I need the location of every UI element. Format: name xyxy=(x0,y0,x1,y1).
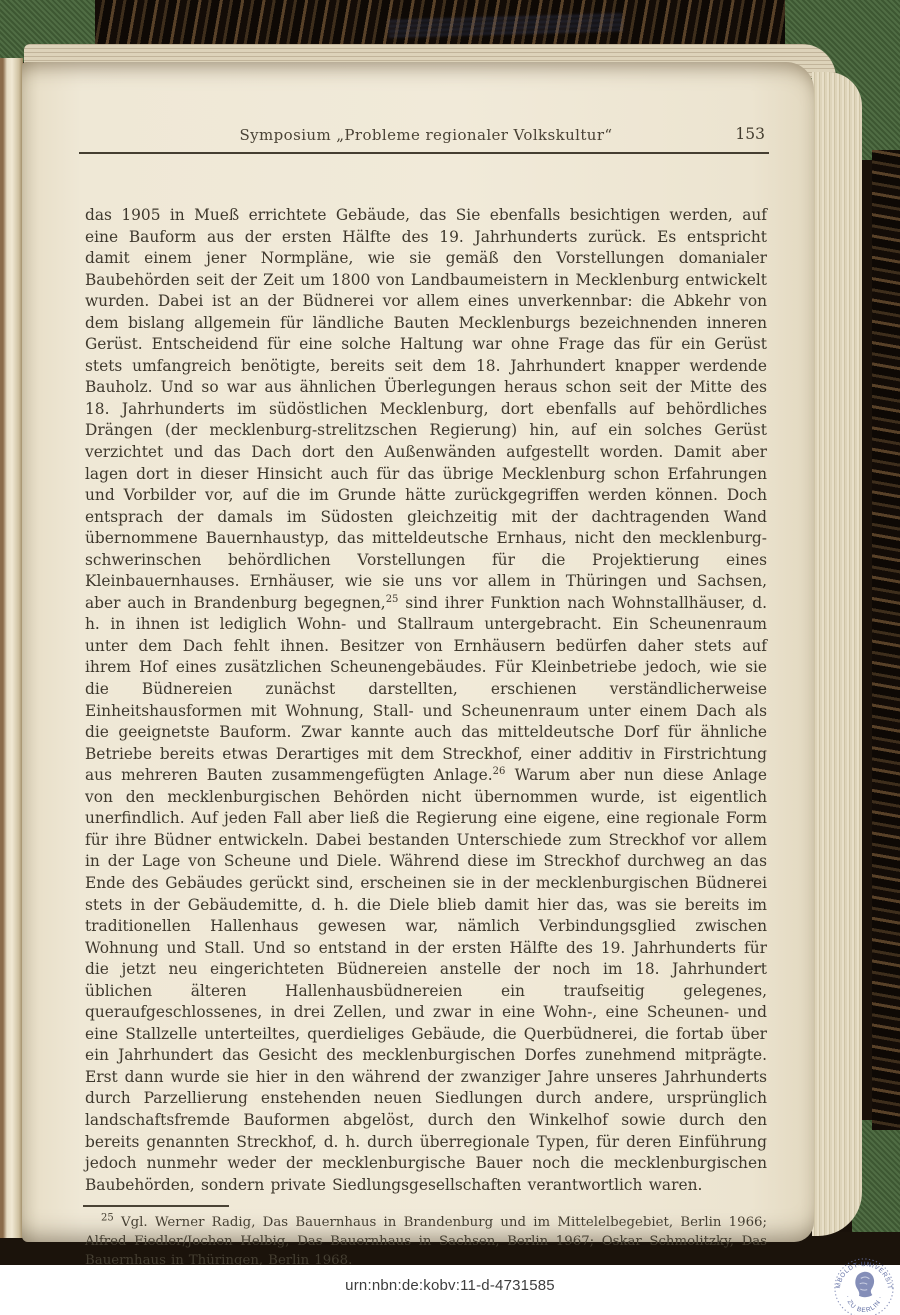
running-head: Symposium „Probleme regionaler Volkskult… xyxy=(85,124,767,154)
page-number: 153 xyxy=(735,125,765,143)
footnote-ref: 25 xyxy=(386,594,399,605)
urn-label: urn:nbn:de:kobv:11-d-4731585 xyxy=(0,1277,900,1294)
humboldt-university-seal-icon: HUMBOLDT-UNIVERSITÄT · ZU BERLIN · xyxy=(833,1257,895,1315)
footnote-marker: 25 xyxy=(101,1213,114,1224)
footnote-ref: 26 xyxy=(493,766,506,777)
seal-portrait xyxy=(855,1272,874,1297)
footnote: 25 Vgl. Werner Radig, Das Bauernhaus in … xyxy=(85,1214,767,1270)
fore-edge-right xyxy=(812,72,862,1236)
page-content: Symposium „Probleme regionaler Volkskult… xyxy=(85,124,767,1308)
header-rule xyxy=(79,152,769,154)
running-head-title: Symposium „Probleme regionaler Volkskult… xyxy=(239,126,612,144)
cover-marble-right xyxy=(872,150,900,1130)
viewer-footer: urn:nbn:de:kobv:11-d-4731585 HUMBOLDT-UN… xyxy=(0,1265,900,1315)
footnote-separator xyxy=(83,1205,229,1207)
body-text: das 1905 in Mueß errichtete Gebäude, das… xyxy=(85,154,767,1196)
left-page-edge xyxy=(0,58,23,1238)
book-page: Symposium „Probleme regionaler Volkskult… xyxy=(22,62,814,1242)
book-scan: Symposium „Probleme regionaler Volkskult… xyxy=(0,0,900,1315)
seal-arc-bottom-text: · ZU BERLIN · xyxy=(844,1295,884,1314)
